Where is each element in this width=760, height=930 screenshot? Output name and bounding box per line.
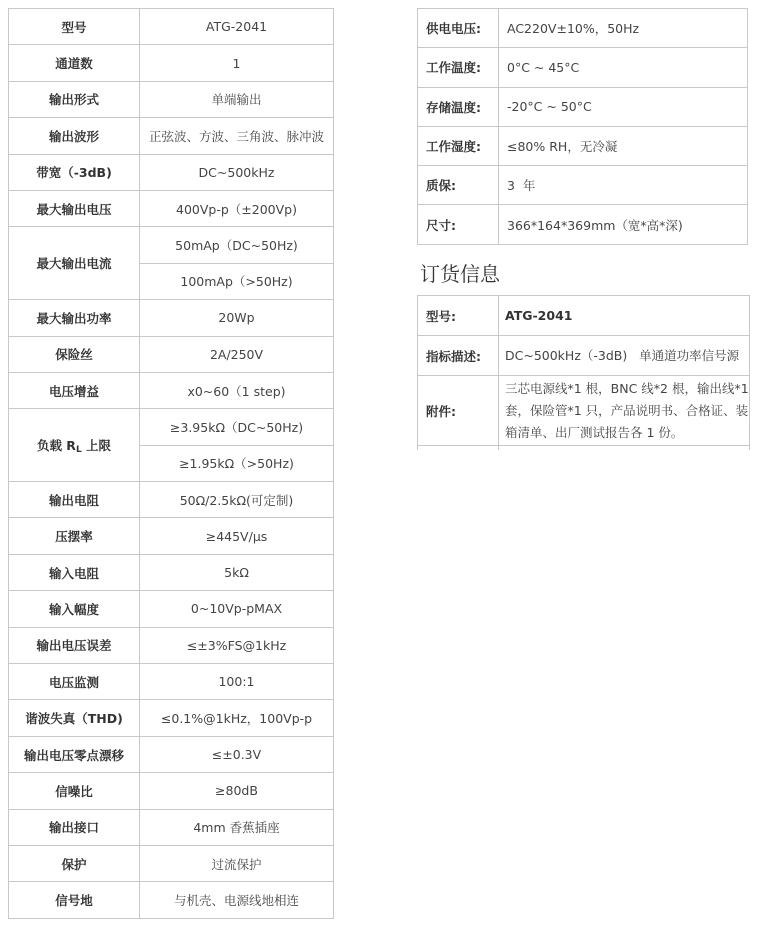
spec-key: 输出电压误差 bbox=[9, 627, 140, 663]
spec-value: ≤0.1%@1kHz，100Vp-p bbox=[140, 700, 334, 736]
spec-row-output-form: 输出形式 单端输出 bbox=[9, 81, 334, 117]
spec-value: 1 bbox=[140, 45, 334, 81]
order-key-empty bbox=[418, 446, 499, 451]
env-value: 0°C ~ 45°C bbox=[499, 48, 748, 87]
spec-row-max-current: 最大输出电流 50mAp（DC~50Hz) bbox=[9, 227, 334, 263]
spec-key-suffix: 上限 bbox=[82, 438, 111, 453]
order-info-heading: 订货信息 bbox=[420, 258, 500, 287]
spec-value: ≥445V/μs bbox=[140, 518, 334, 554]
spec-value: ATG-2041 bbox=[140, 9, 334, 45]
spec-key: 输出电阻 bbox=[9, 482, 140, 518]
spec-key: 信噪比 bbox=[9, 773, 140, 809]
spec-key: 输出接口 bbox=[9, 809, 140, 845]
spec-key: 输出形式 bbox=[9, 81, 140, 117]
order-key: 指标描述: bbox=[418, 336, 499, 376]
spec-key: 谐波失真（THD) bbox=[9, 700, 140, 736]
env-row-supply-voltage: 供电电压: AC220V±10%，50Hz bbox=[418, 9, 748, 48]
env-key: 工作温度: bbox=[418, 48, 499, 87]
spec-key: 保护 bbox=[9, 845, 140, 881]
spec-value: 0~10Vp-pMAX bbox=[140, 591, 334, 627]
spec-row-thd: 谐波失真（THD) ≤0.1%@1kHz，100Vp-p bbox=[9, 700, 334, 736]
spec-key: 型号 bbox=[9, 9, 140, 45]
order-row-accessories: 附件: 三芯电源线*1 根，BNC 线*2 根，输出线*1 套，保险管*1 只，… bbox=[418, 376, 750, 446]
spec-value: ≥80dB bbox=[140, 773, 334, 809]
spec-value: ≤±3%FS@1kHz bbox=[140, 627, 334, 663]
spec-key: 负载 RL 上限 bbox=[9, 409, 140, 482]
spec-key: 通道数 bbox=[9, 45, 140, 81]
spec-key: 保险丝 bbox=[9, 336, 140, 372]
spec-value: x0~60（1 step) bbox=[140, 372, 334, 408]
spec-value: 与机壳、电源线地相连 bbox=[140, 882, 334, 918]
spec-value: 5kΩ bbox=[140, 554, 334, 590]
spec-key: 压摆率 bbox=[9, 518, 140, 554]
env-value: 366*164*369mm（宽*高*深) bbox=[499, 205, 748, 244]
spec-key: 输出电压零点漂移 bbox=[9, 736, 140, 772]
spec-key: 最大输出功率 bbox=[9, 300, 140, 336]
spec-value: ≥1.95kΩ（>50Hz) bbox=[140, 445, 334, 481]
spec-value: 单端输出 bbox=[140, 81, 334, 117]
spec-row-output-connector: 输出接口 4mm 香蕉插座 bbox=[9, 809, 334, 845]
spec-row-waveforms: 输出波形 正弦波、方波、三角波、脉冲波 bbox=[9, 118, 334, 154]
env-key: 质保: bbox=[418, 166, 499, 205]
order-table: 型号: ATG-2041 指标描述: DC~500kHz（-3dB) 单通道功率… bbox=[417, 295, 750, 450]
order-key: 附件: bbox=[418, 376, 499, 446]
spec-value: 50mAp（DC~50Hz) bbox=[140, 227, 334, 263]
env-value: AC220V±10%，50Hz bbox=[499, 9, 748, 48]
spec-value: 4mm 香蕉插座 bbox=[140, 809, 334, 845]
order-row-model: 型号: ATG-2041 bbox=[418, 296, 750, 336]
spec-row-voltage-monitor: 电压监测 100:1 bbox=[9, 664, 334, 700]
spec-row-slew-rate: 压摆率 ≥445V/μs bbox=[9, 518, 334, 554]
spec-value: 20Wp bbox=[140, 300, 334, 336]
order-key: 型号: bbox=[418, 296, 499, 336]
spec-value: 100mAp（>50Hz) bbox=[140, 263, 334, 299]
spec-value: ≤±0.3V bbox=[140, 736, 334, 772]
spec-value: DC~500kHz bbox=[140, 154, 334, 190]
spec-row-fuse: 保险丝 2A/250V bbox=[9, 336, 334, 372]
spec-row-load-limit: 负载 RL 上限 ≥3.95kΩ（DC~50Hz) bbox=[9, 409, 334, 445]
spec-key: 电压增益 bbox=[9, 372, 140, 408]
spec-value: ≥3.95kΩ（DC~50Hz) bbox=[140, 409, 334, 445]
spec-row-gain: 电压增益 x0~60（1 step) bbox=[9, 372, 334, 408]
env-row-humidity: 工作湿度: ≤80% RH，无冷凝 bbox=[418, 126, 748, 165]
spec-row-input-amplitude: 输入幅度 0~10Vp-pMAX bbox=[9, 591, 334, 627]
spec-value: 2A/250V bbox=[140, 336, 334, 372]
spec-value: 过流保护 bbox=[140, 845, 334, 881]
env-value: 3 年 bbox=[499, 166, 748, 205]
env-row-storage-temp: 存储温度: -20°C ~ 50°C bbox=[418, 87, 748, 126]
order-table-viewport: 型号: ATG-2041 指标描述: DC~500kHz（-3dB) 单通道功率… bbox=[410, 290, 760, 450]
spec-value: 正弦波、方波、三角波、脉冲波 bbox=[140, 118, 334, 154]
env-key: 存储温度: bbox=[418, 87, 499, 126]
spec-table: 型号 ATG-2041 通道数 1 输出形式 单端输出 输出波形 正弦波、方波、… bbox=[8, 8, 334, 919]
spec-key: 输出波形 bbox=[9, 118, 140, 154]
env-row-warranty: 质保: 3 年 bbox=[418, 166, 748, 205]
spec-row-voltage-error: 输出电压误差 ≤±3%FS@1kHz bbox=[9, 627, 334, 663]
spec-key: 最大输出电流 bbox=[9, 227, 140, 300]
spec-value: 100:1 bbox=[140, 664, 334, 700]
env-row-operating-temp: 工作温度: 0°C ~ 45°C bbox=[418, 48, 748, 87]
spec-key: 电压监测 bbox=[9, 664, 140, 700]
spec-row-zero-drift: 输出电压零点漂移 ≤±0.3V bbox=[9, 736, 334, 772]
spec-row-max-voltage: 最大输出电压 400Vp-p（±200Vp) bbox=[9, 190, 334, 226]
env-value: -20°C ~ 50°C bbox=[499, 87, 748, 126]
spec-row-output-resistance: 输出电阻 50Ω/2.5kΩ(可定制) bbox=[9, 482, 334, 518]
spec-row-snr: 信噪比 ≥80dB bbox=[9, 773, 334, 809]
spec-row-model: 型号 ATG-2041 bbox=[9, 9, 334, 45]
spec-key: 信号地 bbox=[9, 882, 140, 918]
spec-row-max-power: 最大输出功率 20Wp bbox=[9, 300, 334, 336]
spec-key-prefix: 负载 R bbox=[37, 438, 76, 453]
spec-row-protection: 保护 过流保护 bbox=[9, 845, 334, 881]
order-row-cutoff bbox=[418, 446, 750, 451]
env-value: ≤80% RH，无冷凝 bbox=[499, 126, 748, 165]
order-value-empty bbox=[499, 446, 750, 451]
spec-value: 50Ω/2.5kΩ(可定制) bbox=[140, 482, 334, 518]
env-key: 尺寸: bbox=[418, 205, 499, 244]
spec-key: 输入幅度 bbox=[9, 591, 140, 627]
env-row-dimensions: 尺寸: 366*164*369mm（宽*高*深) bbox=[418, 205, 748, 244]
env-key: 供电电压: bbox=[418, 9, 499, 48]
order-row-description: 指标描述: DC~500kHz（-3dB) 单通道功率信号源 bbox=[418, 336, 750, 376]
order-value: ATG-2041 bbox=[499, 296, 750, 336]
spec-row-bandwidth: 带宽（-3dB) DC~500kHz bbox=[9, 154, 334, 190]
spec-key: 带宽（-3dB) bbox=[9, 154, 140, 190]
env-key: 工作湿度: bbox=[418, 126, 499, 165]
spec-key: 最大输出电压 bbox=[9, 190, 140, 226]
spec-row-signal-ground: 信号地 与机壳、电源线地相连 bbox=[9, 882, 334, 918]
environment-table: 供电电压: AC220V±10%，50Hz 工作温度: 0°C ~ 45°C 存… bbox=[417, 8, 748, 245]
order-value: 三芯电源线*1 根，BNC 线*2 根，输出线*1 套，保险管*1 只，产品说明… bbox=[499, 376, 750, 446]
spec-row-channels: 通道数 1 bbox=[9, 45, 334, 81]
spec-key: 输入电阻 bbox=[9, 554, 140, 590]
order-value: DC~500kHz（-3dB) 单通道功率信号源 bbox=[499, 336, 750, 376]
spec-row-input-resistance: 输入电阻 5kΩ bbox=[9, 554, 334, 590]
spec-value: 400Vp-p（±200Vp) bbox=[140, 190, 334, 226]
